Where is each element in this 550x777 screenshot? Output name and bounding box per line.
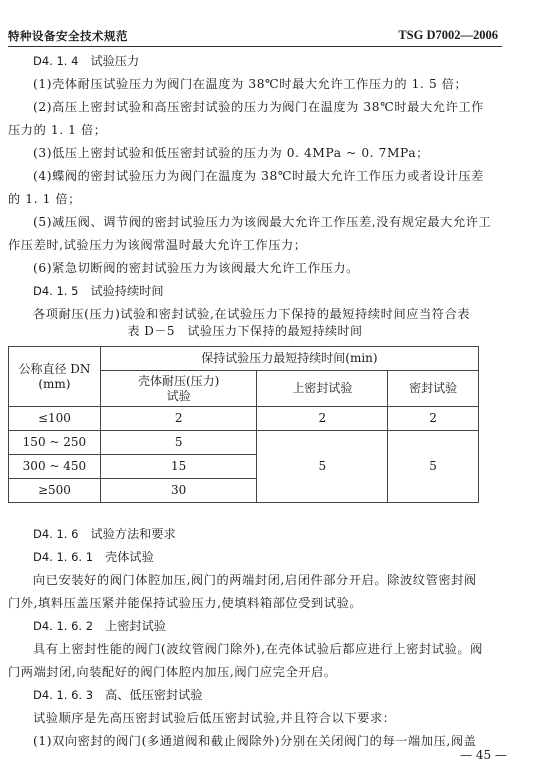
section-title: 试验压力 [90,54,139,68]
section-heading-d416: D4. 1. 6试验方法和要求 [33,526,176,542]
header-nominal-diameter: 公称直径 DN (mm) [9,347,101,407]
table-caption: 表 D－5 试验压力下保持的最短持续时间 [0,322,520,339]
page-header: 特种设备安全技术规范 TSG D7002—2006 [8,28,502,47]
section-number: D4. 1. 6. 3 [33,688,93,702]
cell-dn: 150 ~ 250 [9,431,101,455]
paragraph-line: (2)高压上密封试验和高压密封试验的压力为阀门在温度为 38℃时最大允许工作 [33,99,484,115]
cell-dn: ≤100 [9,407,101,431]
table-row: ≤100 2 2 2 [9,407,479,431]
page-number: — 45 — [460,748,507,762]
header-upper-seal-test: 上密封试验 [257,371,388,407]
cell-shell: 15 [100,455,257,479]
header-duration-group: 保持试验压力最短持续时间(min) [100,347,478,371]
section-heading-d414: D4. 1. 4试验压力 [33,53,139,69]
paragraph-line: 作压差时,试验压力为该阀常温时最大允许工作压力； [8,237,307,253]
cell-dn: 300 ~ 450 [9,455,101,479]
cell-upper-seal: 2 [257,407,388,431]
section-number: D4. 1. 6. 1 [33,550,93,564]
cell-seal: 2 [388,407,479,431]
paragraph-line: 试验顺序是先高压密封试验后低压密封试验,并且符合以下要求： [33,710,396,726]
header-shell-test: 壳体耐压(压力) 试验 [100,371,257,407]
section-number: D4. 1. 5 [33,284,78,298]
section-title: 上密封试验 [105,619,166,633]
cell-dn: ≥500 [9,479,101,503]
cell-shell: 30 [100,479,257,503]
section-number: D4. 1. 6. 2 [33,619,93,633]
section-heading-d415: D4. 1. 5试验持续时间 [33,283,164,299]
cell-shell: 2 [100,407,257,431]
cell-seal: 5 [388,431,479,503]
section-title: 试验持续时间 [90,284,163,298]
paragraph-line: (4)蝶阀的密封试验压力为阀门在温度为 38℃时最大允许工作压力或者设计压差 [33,168,484,184]
paragraph-line: (5)减压阀、调节阀的密封试验压力为该阀最大允许工作压差,没有规定最大允许工 [33,214,491,230]
section-title: 高、低压密封试验 [105,688,203,702]
section-heading-d4162: D4. 1. 6. 2上密封试验 [33,618,166,634]
duration-table: 公称直径 DN (mm) 保持试验压力最短持续时间(min) 壳体耐压(压力) … [8,346,479,503]
section-number: D4. 1. 4 [33,54,78,68]
header-series-title: 特种设备安全技术规范 [8,28,128,44]
header-document-code: TSG D7002—2006 [398,28,498,43]
section-title: 壳体试验 [105,550,154,564]
cell-shell: 5 [100,431,257,455]
paragraph-line: 向已安装好的阀门体腔加压,阀门的两端封闭,启闭件部分开启。除波纹管密封阀 [33,572,477,588]
paragraph-line: 门外,填料压盖压紧并能保持试验压力,使填料箱部位受到试验。 [8,595,362,611]
paragraph-line: 门两端封闭,向装配好的阀门体腔内加压,阀门应完全开启。 [8,664,337,680]
paragraph-line: (3)低压上密封试验和低压密封试验的压力为 0. 4MPa ~ 0. 7MPa； [33,145,429,161]
paragraph-line: (6)紧急切断阀的密封试验压力为该阀最大允许工作压力。 [33,260,359,276]
paragraph-line: 的 1. 1 倍； [8,191,81,207]
section-heading-d4161: D4. 1. 6. 1壳体试验 [33,549,154,565]
paragraph-line: 具有上密封性能的阀门(波纹管阀门除外),在壳体试验后都应进行上密封试验。阀 [33,641,483,657]
cell-upper-seal: 5 [257,431,388,503]
header-seal-test: 密封试验 [388,371,479,407]
section-heading-d4163: D4. 1. 6. 3高、低压密封试验 [33,687,203,703]
paragraph-line: (1)壳体耐压试验压力为阀门在温度为 38℃时最大允许工作压力的 1. 5 倍； [33,76,467,92]
table-row: 150 ~ 250 5 5 5 [9,431,479,455]
paragraph-line: 各项耐压(压力)试验和密封试验,在试验压力下保持的最短持续时间应当符合表 [33,306,470,322]
section-number: D4. 1. 6 [33,527,78,541]
section-title: 试验方法和要求 [90,527,175,541]
paragraph-line: 压力的 1. 1 倍； [8,122,107,138]
paragraph-line: (1)双向密封的阀门(多通道阀和截止阀除外)分别在关闭阀门的每一端加压,阀盖 [33,733,476,749]
